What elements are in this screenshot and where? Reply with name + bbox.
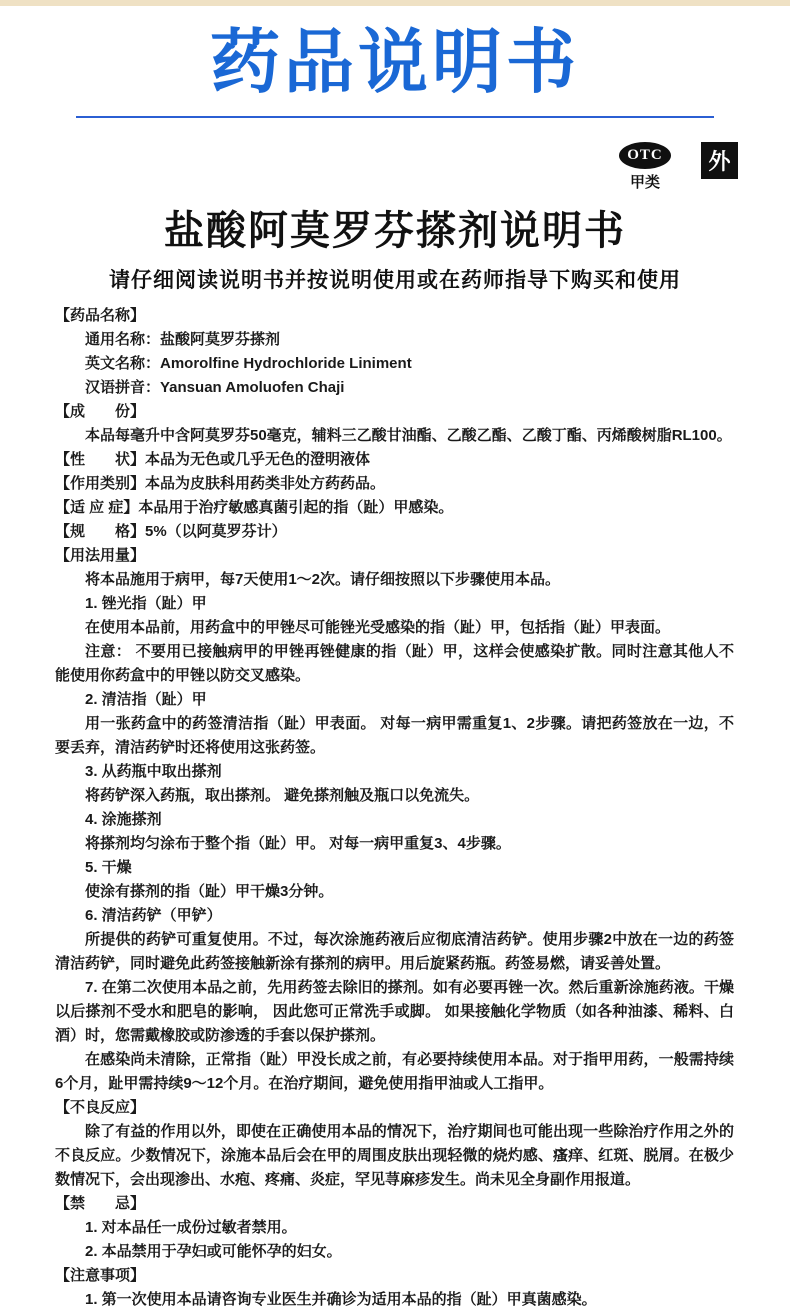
- badges-row: OTC 甲类 外: [0, 142, 738, 194]
- body-line: 汉语拼音：Yansuan Amoluofen Chaji: [55, 376, 734, 400]
- leaflet-body: 【药品名称】 通用名称：盐酸阿莫罗芬搽剂 英文名称：Amorolfine Hyd…: [55, 304, 734, 1310]
- section-heading: 【规 格】5%（以阿莫罗芬计）: [55, 520, 734, 544]
- body-line: 2. 本品禁用于孕妇或可能怀孕的妇女。: [55, 1240, 734, 1264]
- section-heading: 【注意事项】: [55, 1264, 734, 1288]
- section-heading: 【用法用量】: [55, 544, 734, 568]
- body-line: 1. 对本品任一成份过敏者禁用。: [55, 1216, 734, 1240]
- body-line: 将搽剂均匀涂布于整个指（趾）甲。 对每一病甲重复3、4步骤。: [55, 832, 734, 856]
- body-line: 使涂有搽剂的指（趾）甲干燥3分钟。: [55, 880, 734, 904]
- step-heading: 3. 从药瓶中取出搽剂: [55, 760, 734, 784]
- external-use-badge: 外: [701, 142, 738, 179]
- step-heading: 2. 清洁指（趾）甲: [55, 688, 734, 712]
- section-heading: 【药品名称】: [55, 304, 734, 328]
- step-heading: 5. 干燥: [55, 856, 734, 880]
- body-line: 本品每毫升中含阿莫罗芬50毫克，辅料三乙酸甘油酯、乙酸乙酯、乙酸丁酯、丙烯酸树脂…: [55, 424, 734, 448]
- banner-title: 药品说明书: [0, 22, 790, 102]
- section-heading: 【作用类别】本品为皮肤科用药类非处方药药品。: [55, 472, 734, 496]
- body-line: 注意： 不要用已接触病甲的甲锉再锉健康的指（趾）甲，这样会使感染扩散。同时注意其…: [55, 640, 734, 688]
- body-line: 用一张药盒中的药签清洁指（趾）甲表面。 对每一病甲需重复1、2步骤。请把药签放在…: [55, 712, 734, 760]
- otc-badge: OTC 甲类: [619, 142, 671, 192]
- step-heading: 4. 涂施搽剂: [55, 808, 734, 832]
- body-line: 所提供的药铲可重复使用。不过，每次涂施药液后应彻底清洁药铲。使用步骤2中放在一边…: [55, 928, 734, 976]
- leaflet-subtitle: 请仔细阅读说明书并按说明使用或在药师指导下购买和使用: [0, 268, 790, 294]
- body-line: 将药铲深入药瓶，取出搽剂。 避免搽剂触及瓶口以免流失。: [55, 784, 734, 808]
- section-heading: 【禁 忌】: [55, 1192, 734, 1216]
- leaflet-title: 盐酸阿莫罗芬搽剂说明书: [0, 210, 790, 252]
- body-line: 除了有益的作用以外，即使在正确使用本品的情况下，治疗期间也可能出现一些除治疗作用…: [55, 1120, 734, 1192]
- top-edge-strip: [0, 0, 790, 6]
- body-line: 7. 在第二次使用本品之前，先用药签去除旧的搽剂。如有必要再锉一次。然后重新涂施…: [55, 976, 734, 1048]
- body-line: 1. 第一次使用本品请咨询专业医生并确诊为适用本品的指（趾）甲真菌感染。: [55, 1288, 734, 1310]
- section-heading: 【成 份】: [55, 400, 734, 424]
- body-line: 通用名称：盐酸阿莫罗芬搽剂: [55, 328, 734, 352]
- body-line: 英文名称：Amorolfine Hydrochloride Liniment: [55, 352, 734, 376]
- body-line: 在使用本品前，用药盒中的甲锉尽可能锉光受感染的指（趾）甲，包括指（趾）甲表面。: [55, 616, 734, 640]
- section-heading: 【性 状】本品为无色或几乎无色的澄明液体: [55, 448, 734, 472]
- step-heading: 1. 锉光指（趾）甲: [55, 592, 734, 616]
- body-line: 在感染尚未清除，正常指（趾）甲没长成之前，有必要持续使用本品。对于指甲用药，一般…: [55, 1048, 734, 1096]
- section-heading: 【不良反应】: [55, 1096, 734, 1120]
- body-line: 将本品施用于病甲，每7天使用1～2次。请仔细按照以下步骤使用本品。: [55, 568, 734, 592]
- otc-logo-icon: OTC: [619, 142, 671, 169]
- otc-class-label: 甲类: [630, 171, 660, 192]
- step-heading: 6. 清洁药铲（甲铲）: [55, 904, 734, 928]
- section-heading: 【适 应 症】本品用于治疗敏感真菌引起的指（趾）甲感染。: [55, 496, 734, 520]
- banner-divider: [76, 116, 714, 118]
